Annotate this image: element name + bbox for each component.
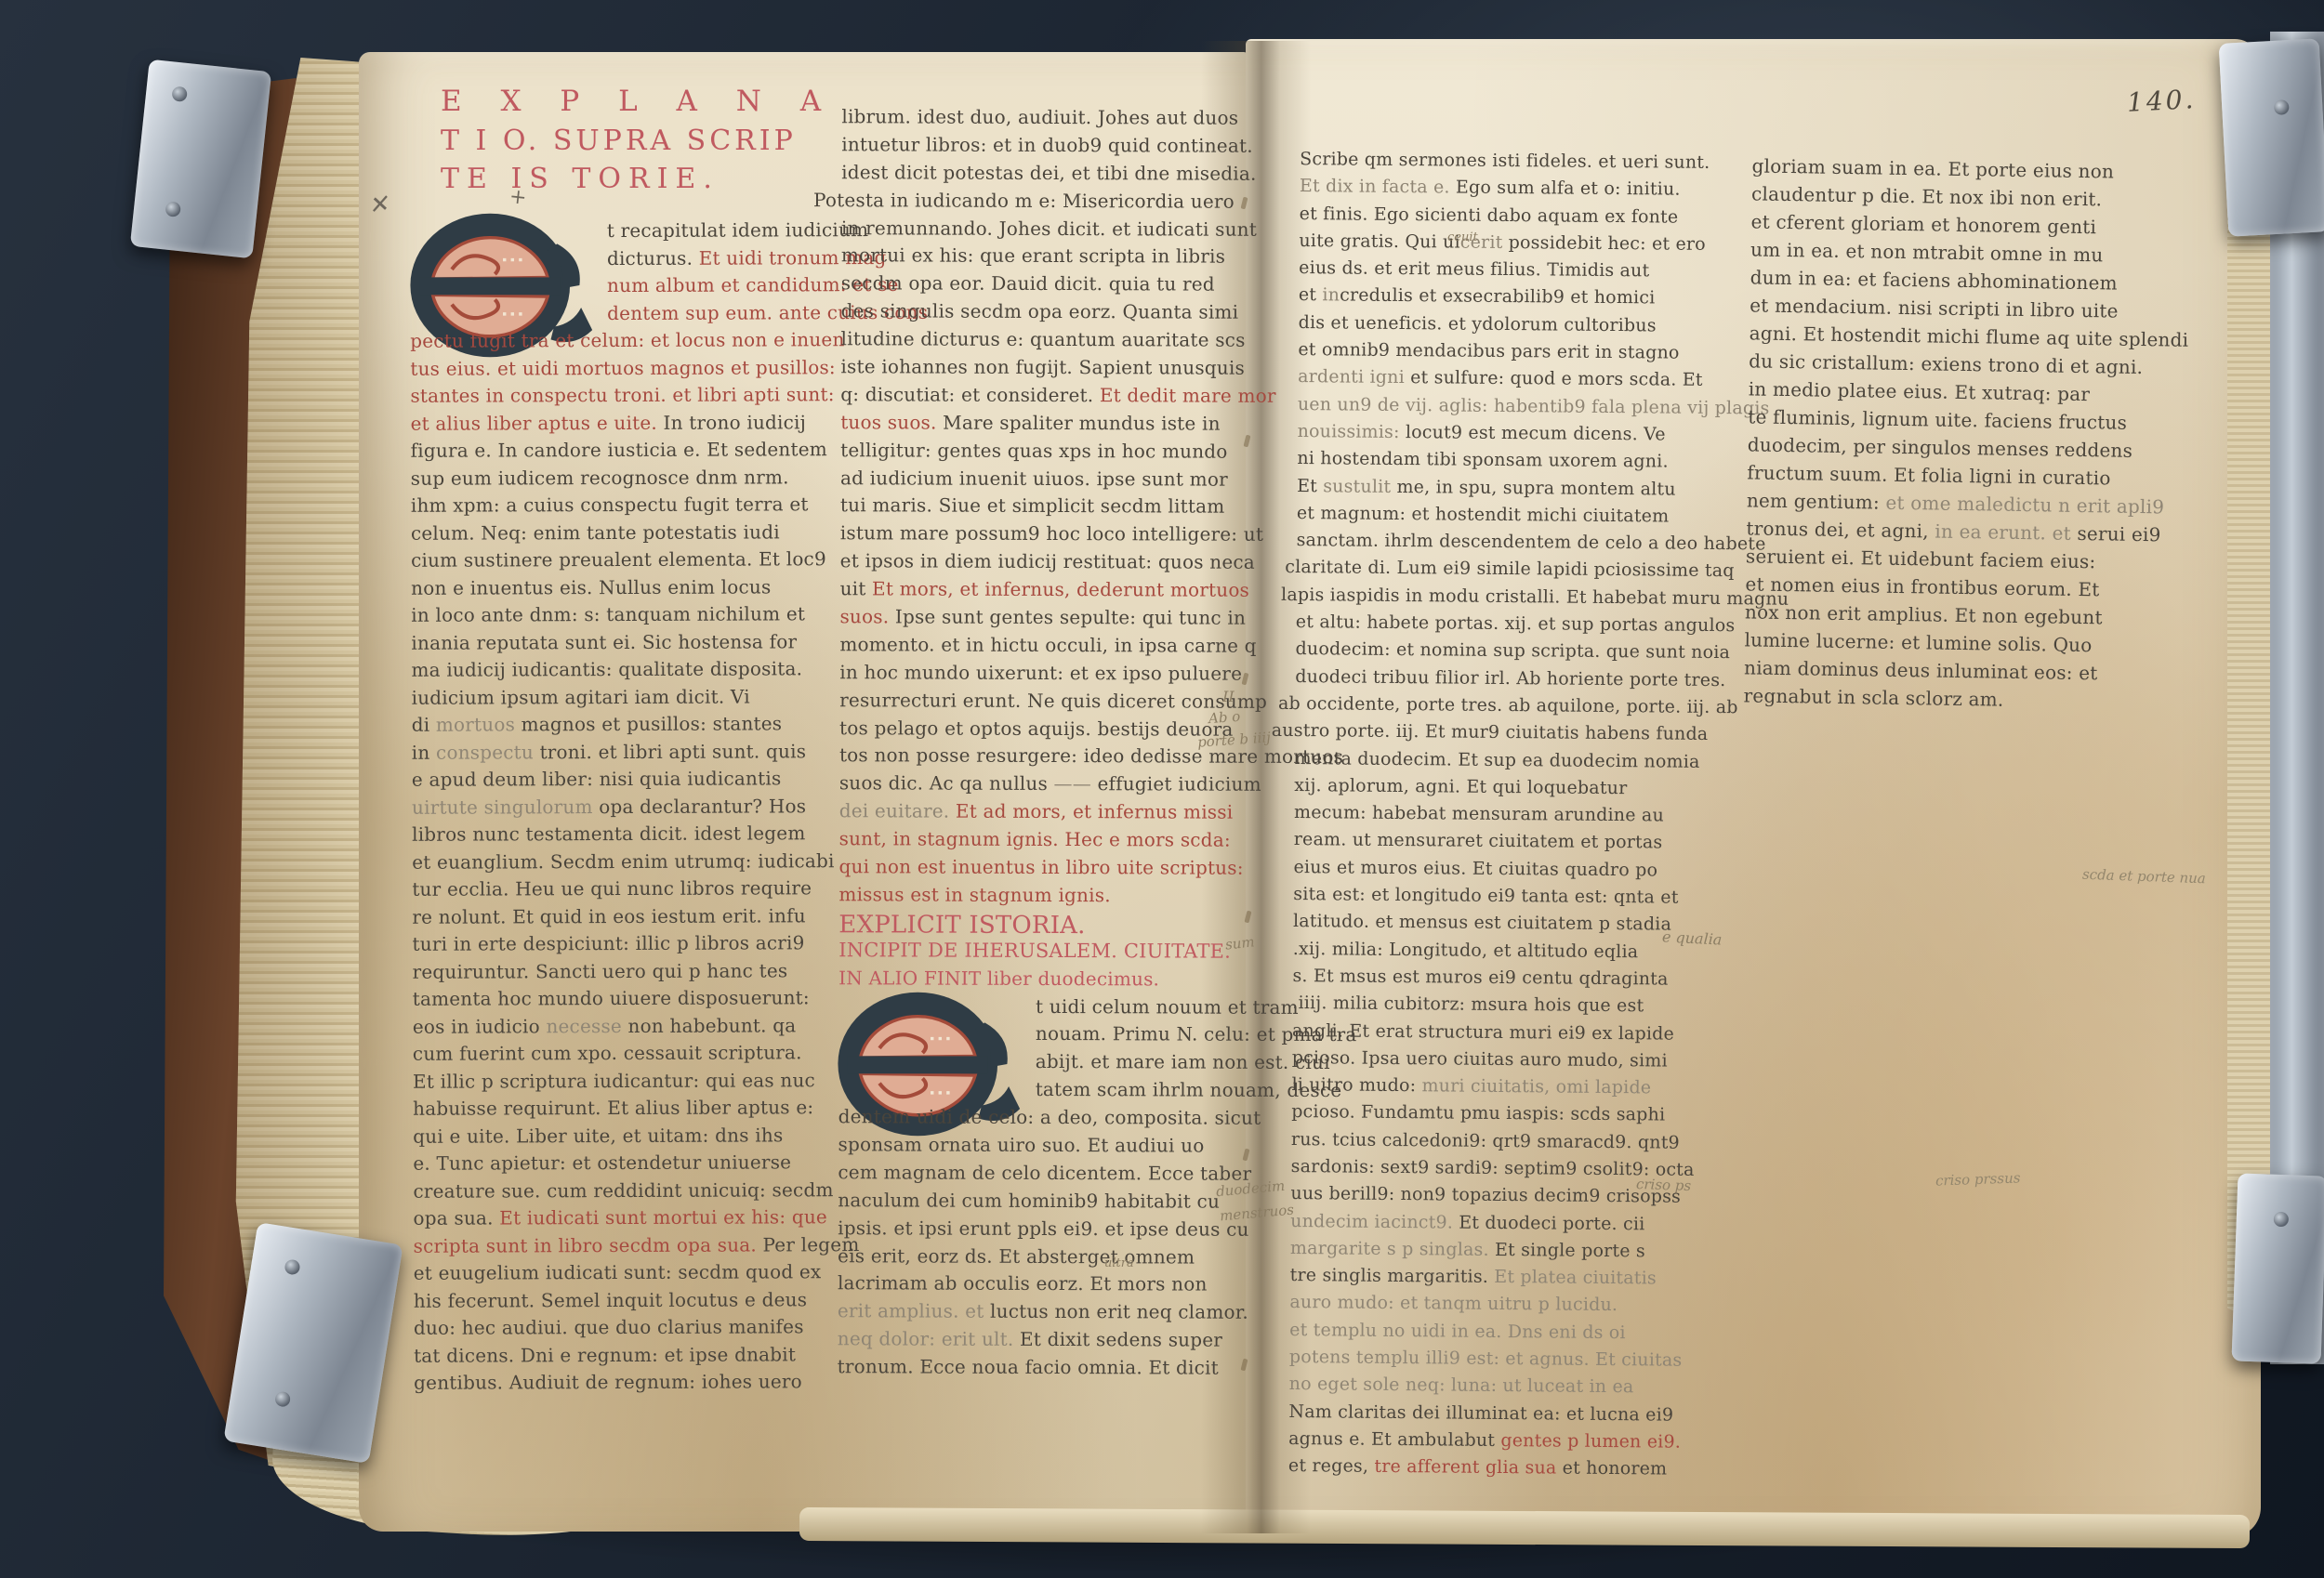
text-line: ma iudicij iudicantis: qualitate disposi… [411,659,829,688]
text-line: litudine dicturus e: quantum auaritate s… [840,329,1263,358]
text-line: num album et candidum: et se [410,275,828,304]
rubric-heading-line3: TE IS TORIE. [441,165,836,193]
text-line: tamenta hoc mundo uiuere disposuerunt: [413,988,831,1017]
text-line: celum. Neq: enim tante potestatis iudi [411,522,829,551]
text-line: libros nunc testamenta dicit. idest lege… [412,823,830,852]
text-line: in loco ante dnm: s: tanquam nichilum et [411,604,829,633]
text-line: erit amplius. et luctus non erit neq cla… [838,1301,1261,1330]
text-line: cum fuerint cum xpo. cessauit scriptura. [413,1043,831,1072]
text-line: dentem uidi de celo: a deo, composita. s… [838,1107,1261,1136]
text-line: t uidi celum nouum et tram [838,996,1261,1025]
text-line: stantes in conspectu troni. et libri apt… [410,385,828,414]
text-line: et reges, tre afferent glia sua et honor… [1288,1457,1707,1488]
clamp-top-right [2219,38,2324,236]
text-line: et euanglium. Secdm enim utrumq: iudicab… [412,851,830,880]
text-line: tatem scam ihrlm nouam, desce [838,1079,1261,1108]
text-line: EXPLICIT ISTORIA. [838,913,1261,941]
text-line: qui e uite. Liber uite, et uitam: dns ih… [413,1125,831,1154]
right-page-column-1: Scribe qm sermones isti fideles. et ueri… [1288,151,1719,1488]
text-line: iudicium ipsum agitari iam dicit. Vi [412,687,830,716]
text-line: ihm xpm: a cuius conspectu fugit terra e… [411,494,829,523]
text-line: sponsam ornata uiro suo. Et audiui uo [838,1135,1261,1164]
text-line: naculum dei cum hominib9 habitabit cu [838,1190,1261,1219]
marginal-gloss: ceuit [1447,230,1478,244]
text-line: librum. idest duo, audiuit. Johes aut du… [841,107,1264,136]
text-line: abijt. et mare iam non est. ciui [838,1051,1261,1080]
text-line: ad iudicium inuenit uiuos. ipse sunt mor [840,468,1263,497]
text-line: lacrimam ab occulis eorz. Et mors non [838,1274,1261,1303]
text-line: creature sue. cum reddidint unicuiq: sec… [413,1180,831,1209]
text-line: opa sua. Et iudicati sunt mortui ex his:… [413,1207,831,1236]
text-line: dicturus. Et uidi tronum mag [410,248,828,277]
text-line: des singulis secdm opa eorz. Quanta simi [841,301,1264,330]
text-line: cium sustinere preualent elementa. Et lo… [411,549,829,578]
marginal-gloss: criso prssus [1935,1169,2021,1189]
text-line: inania reputata sunt ei. Sic hostensa fo… [411,632,829,661]
text-line: habuisse requirunt. Et alius liber aptus… [413,1098,831,1126]
text-line: uit Et mors, et infernus, dederunt mortu… [840,579,1263,608]
text-line: di mortuos magnos et pusillos: stantes [412,714,830,743]
text-line: momento. et in hictu occuli, in ipsa car… [839,635,1262,664]
text-line: in hoc mundo uixerunt: et ex ipso puluer… [839,663,1262,691]
text-line: sunt, in stagnum ignis. Hec e mors scda: [839,829,1262,858]
text-line: mortui ex his: que erant scripta in libr… [841,246,1264,275]
text-line: t recapitulat idem iudicium [410,220,828,249]
text-line: intuetur libros: et in duob9 quid contin… [841,135,1264,164]
text-line: nouam. Primu N. celu: et pma tra [838,1024,1261,1053]
text-line: resurrecturi erunt. Ne quis diceret cons… [839,690,1262,719]
rubric-heading-line2: T I O. SUPRA SCRIP [441,127,836,155]
text-line: his fecerunt. Semel inquit locutus e deu… [414,1290,832,1319]
folio-number: 140. [2126,84,2197,118]
left-page-column-1: t recapitulat idem iudiciumdicturus. Et … [410,220,832,1400]
text-line: requiruntur. Sancti uero qui p hanc tes [413,961,831,990]
rubric-heading: E X P L A N A T I O. SUPRA SCRIP TE IS T… [441,87,836,193]
text-line: et euugelium iudicati sunt: secdm quod e… [414,1262,832,1291]
text-line: cem magnam de celo dicentem. Ecce taber [838,1163,1261,1191]
marginal-gloss: Ab o [1208,708,1240,727]
text-line: suos dic. Ac qa nullus —— effugiet iudic… [839,774,1262,803]
text-line: Potesta in iudicando m e: Misericordia u… [813,191,1264,220]
text-line: figura e. In candore iusticia e. Et sede… [411,440,829,468]
text-line: dentem sup eum. ante cuius cons [410,303,828,332]
text-line: tus eius. et uidi mortuos magnos et pusi… [410,358,828,387]
text-line: non e inuentus eis. Nullus enim locus [411,577,829,606]
marginal-gloss: ultra [1104,1256,1134,1270]
clamp-bottom-right [2232,1173,2324,1363]
text-line: tat dicens. Dni e regnum: et ipse dnabit [414,1345,832,1374]
text-line: INCIPIT DE IHERUSALEM. CIUITATE. [838,940,1261,969]
text-line: sup eum iudicem recognosce dnm nrm. [411,467,829,496]
text-line: scripta sunt in libro secdm opa sua. Per… [414,1235,832,1264]
clamp-top-left [130,59,271,259]
text-line: IN ALIO FINIT liber duodecimus. [838,968,1261,997]
marginal-gloss: criso ps [1636,1176,1692,1194]
text-line: eis erit, eorz ds. Et absterget omnem [838,1246,1261,1275]
text-line: q: discutiat: et consideret. Et dedit ma… [840,385,1263,414]
text-line: tronum. Ecce noua facio omnia. Et dicit [838,1357,1261,1386]
text-line: gentibus. Audiuit de regnum: iohes uero [414,1372,832,1400]
text-line: iste iohannes non fugijt. Sapient unusqu… [840,357,1263,386]
text-line: turi in erte despiciunt: illic p libros … [412,933,830,962]
text-line: e apud deum liber: nisi quia iudicantis [412,769,830,797]
marginal-gloss: sum [1224,933,1255,953]
right-page-column-2: gloriam suam in ea. Et porte eius noncla… [1743,156,2184,720]
text-line: e. Tunc apietur: et ostendetur uniuerse [413,1152,831,1181]
text-line: tui maris. Siue et simplicit secdm litta… [840,496,1263,525]
text-line: in remunnando. Johes dicit. et iudicati … [841,218,1264,247]
text-line: telligitur: gentes quas xps in hoc mundo [840,441,1263,469]
text-line: duo: hec audiui. que duo clarius manifes [414,1317,832,1346]
text-line: tuos suos. Mare spaliter mundus iste in [840,413,1263,441]
text-line: eos in iudicio necesse non habebunt. qa [413,1016,831,1045]
text-line: re nolunt. Et quid in eos iestum erit. i… [412,906,830,935]
text-line: in conspectu troni. et libri apti sunt. … [412,742,830,770]
text-line: et ipsos in diem iudicij restituat: quos… [840,551,1263,580]
text-line: idest dicit potestas dei, et tibi dne mi… [841,163,1264,191]
text-line: dei euitare. Et ad mors, et infernus mis… [839,801,1262,830]
text-line: missus est in stagnum ignis. [838,885,1261,914]
text-line: ipsis. et ipsi erunt ppls ei9. et ipse d… [838,1218,1261,1247]
text-line: uirtute singulorum opa declarantur? Hos [412,796,830,825]
text-line: suos. Ipse sunt gentes sepulte: qui tunc… [839,607,1262,636]
text-line: neq dolor: erit ult. Et dixit sedens sup… [838,1329,1261,1358]
marginal-gloss: e qualia [1662,927,1723,948]
text-line: istum mare possum9 hoc loco intelligere:… [840,524,1263,553]
text-line: pectu fugit tra et celum: et locus non e… [410,330,828,359]
text-line: qui non est inuentus in libro uite scrip… [838,857,1261,886]
text-line: et alius liber aptus e uite. In trono iu… [411,413,829,441]
marginal-gloss: II [1222,688,1235,705]
marginal-gloss: + [508,185,528,210]
marginal-gloss: ✕ [366,190,391,220]
text-line: tur ecclia. Heu ue qui nunc libros requi… [412,878,830,907]
text-line: Et illic p scriptura iudicantur: qui eas… [413,1071,831,1099]
text-line: secdm opa eor. Dauid dicit. quia tu red [841,274,1264,303]
rubric-heading-line1: E X P L A N A [441,87,836,116]
manuscript-photo: E X P L A N A T I O. SUPRA SCRIP TE IS T… [0,0,2324,1578]
